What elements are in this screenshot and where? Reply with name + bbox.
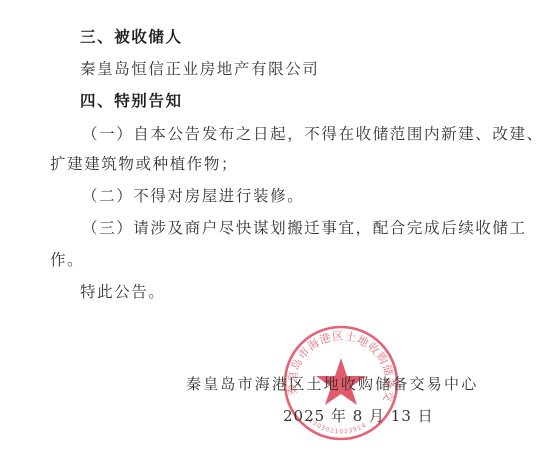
closing-text: 特此公告。 xyxy=(80,282,166,302)
section3-heading: 三、被收储人 xyxy=(80,27,183,47)
notice-item-3-line2: 作。 xyxy=(50,250,84,270)
notice-item-1-line2: 扩建建筑物或种植作物； xyxy=(50,154,238,174)
notice-item-3-line1: （三）请涉及商户尽快谋划搬迁事宜，配合完成后续收储工 xyxy=(82,218,527,238)
section4-heading: 四、特别告知 xyxy=(80,91,183,111)
signature-org: 秦皇岛市海港区土地收购储备交易中心 xyxy=(186,374,478,394)
section3-content: 秦皇岛恒信正业房地产有限公司 xyxy=(80,59,319,79)
notice-item-1-line1: （一）自本公告发布之日起，不得在收储范围内新建、改建、 xyxy=(82,124,544,144)
notice-item-2: （二）不得对房屋进行装修。 xyxy=(82,186,304,206)
signature-date: 2025 年 8 月 13 日 xyxy=(283,406,434,426)
